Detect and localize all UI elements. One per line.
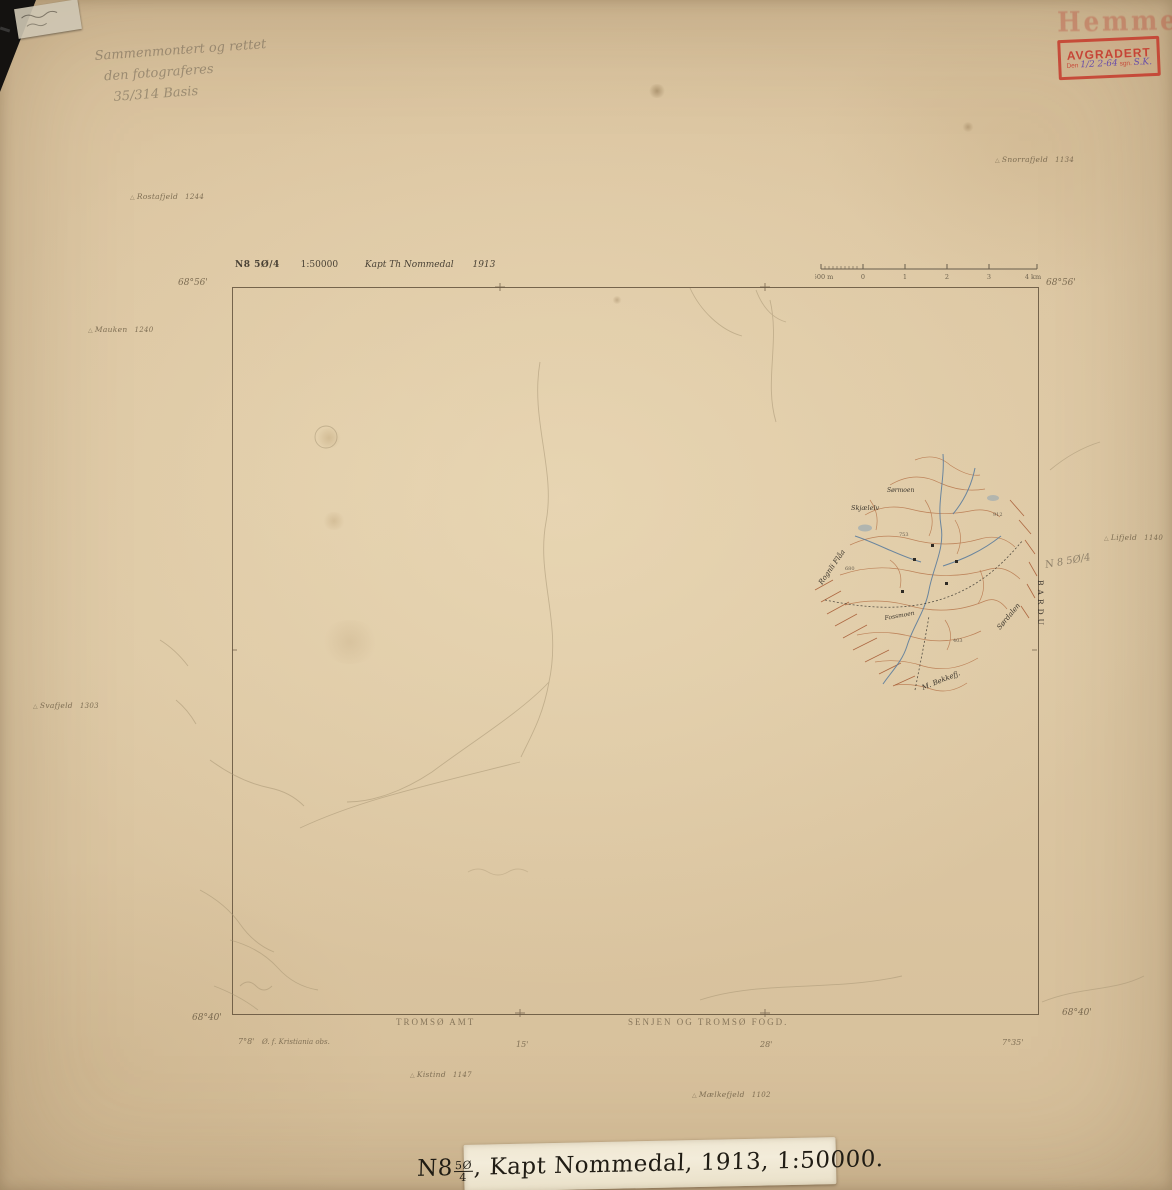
- sheet-fraction: 5Ø4: [453, 1160, 473, 1182]
- water-patch: [858, 525, 872, 532]
- place-label: Sørmoen: [887, 487, 914, 494]
- place-label: Fossmoen: [883, 610, 915, 622]
- surveyed-detail-area: Sørmoen Skjælelv Rognli Flåa Sørdalen M.…: [795, 440, 1045, 730]
- detail-place-labels: Sørmoen Skjælelv Rognli Flåa Sørdalen M.…: [816, 487, 1023, 692]
- title-strip: N85Ø4, Kapt Nommedal, 1913, 1:50000.: [464, 1137, 837, 1190]
- district-vertical-label: BARDU: [1036, 580, 1045, 629]
- slope-hachures: [815, 500, 1037, 686]
- spot-height: 753: [899, 532, 909, 538]
- spot-height: 403: [953, 638, 963, 644]
- title-strip-text: N85Ø4, Kapt Nommedal, 1913, 1:50000.: [416, 1146, 884, 1184]
- scanned-map-photo: Sammenmontert og rettet den fotograferes…: [0, 0, 1172, 1190]
- water-patch: [987, 495, 999, 501]
- stream-lines: [855, 454, 1001, 684]
- spot-height: 912: [993, 512, 1003, 518]
- spot-heights: 753 912 403 680: [845, 512, 1003, 644]
- place-label: Skjælelv: [851, 504, 880, 512]
- place-label: Sørdalen: [995, 601, 1022, 631]
- contour-hachures: [840, 457, 1020, 691]
- spot-height: 680: [845, 566, 855, 572]
